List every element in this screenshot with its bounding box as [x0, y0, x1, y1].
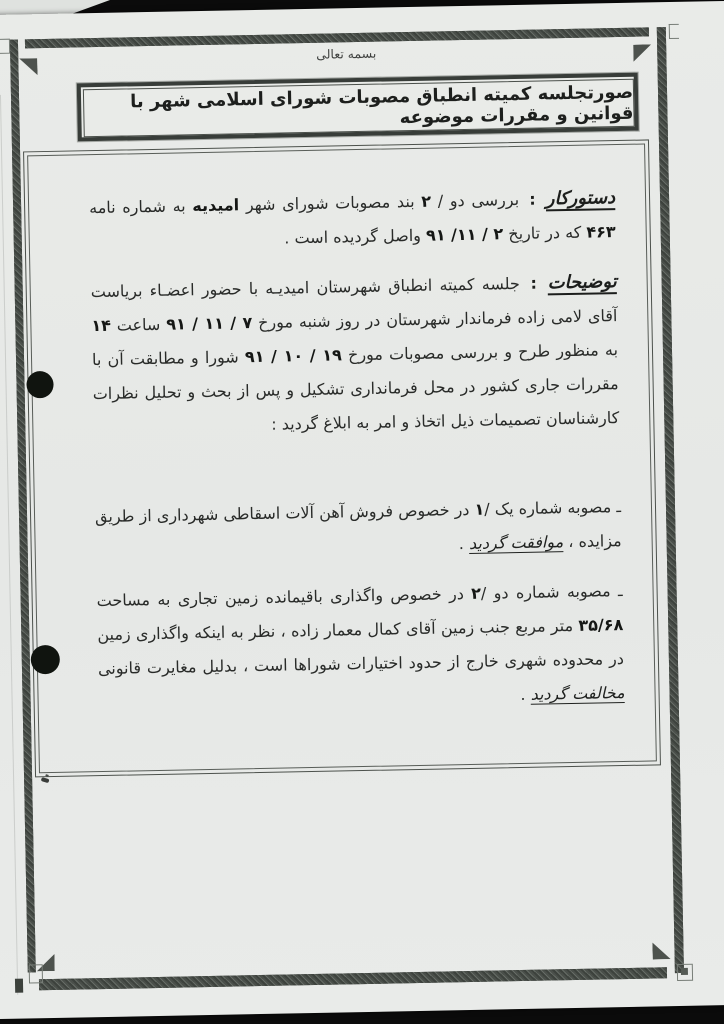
bismillah-text: بسمه تعالی — [181, 43, 511, 64]
body-text: متر مربع جنب زمین آقای کمال معمار زاده ،… — [97, 616, 624, 678]
corner-mark-bottom-left — [29, 964, 43, 983]
emphasis-text: ۱۴ — [91, 316, 111, 335]
body-text: در خصوص واگذاری باقیمانده زمین تجاری به … — [97, 584, 472, 610]
body-text: ساعت — [111, 315, 167, 335]
corner-triangle-bottom-right — [652, 942, 670, 959]
agenda-label: دستورکار — [546, 187, 616, 209]
body-text: بند مصوبات شورای شهر — [239, 192, 421, 214]
resolution-paragraph-2: ـ مصوبه شماره دو /۲ در خصوص واگذاری باقی… — [36, 573, 654, 721]
corner-triangle-top-left — [19, 58, 37, 75]
emphasis-text: ۲ / ۱۱/ ۹۱ — [426, 224, 504, 244]
body-text: ـ مصوبه شماره یک / — [484, 497, 621, 519]
details-separator: : — [520, 273, 548, 293]
details-label: توضیحات — [547, 271, 616, 293]
title-box: صورتجلسه کمیته انطباق مصوبات شورای اسلام… — [77, 73, 639, 142]
emphasis-text: ۳۵/۶۸ — [578, 615, 623, 635]
verdict-text: موافقت گردید — [469, 532, 564, 553]
corner-dot-bottom-left — [15, 979, 23, 993]
frame-top-bar — [25, 27, 649, 48]
ink-smudge — [41, 777, 50, 783]
corner-dot-bottom-right — [681, 968, 688, 975]
body-text: بررسی دو / — [431, 190, 519, 211]
emphasis-text: ۴۶۳ — [586, 222, 616, 242]
verdict-text: مخالفت گردید — [530, 683, 624, 704]
corner-mark-top-right — [669, 24, 679, 39]
body-text: به شماره نامه — [89, 196, 193, 217]
details-paragraph: توضیحات : جلسه کمیته انطباق شهرستان امید… — [30, 265, 649, 447]
page-title: صورتجلسه کمیته انطباق مصوبات شورای اسلام… — [83, 79, 635, 138]
body-text: . — [520, 685, 531, 704]
body-text: ـ مصوبه شماره دو / — [481, 581, 623, 603]
emphasis-text: امیدیه — [192, 195, 239, 215]
content-box: دستورکار : بررسی دو / ۲ بند مصوبات شورای… — [23, 139, 661, 777]
emphasis-text: ۷ / ۱۱ / ۹۱ — [166, 313, 252, 334]
content-inner-border: دستورکار : بررسی دو / ۲ بند مصوبات شورای… — [27, 144, 657, 774]
frame-right-bar — [657, 27, 684, 973]
frame-bottom-bar — [39, 967, 667, 990]
emphasis-text: ۲ — [421, 192, 431, 211]
corner-triangle-top-right — [633, 44, 651, 61]
resolution-paragraph-1: ـ مصوبه شماره یک /۱ در خصوص فروش آهن آلا… — [35, 489, 652, 569]
emphasis-text: ۱۹ / ۱۰ / ۹۱ — [245, 345, 342, 366]
corner-mark-top-left — [0, 39, 10, 54]
body-text: به منظور طرح و بررسی مصوبات مورخ — [342, 340, 619, 364]
agenda-paragraph: دستورکار : بررسی دو / ۲ بند مصوبات شورای… — [29, 181, 646, 261]
body-text: واصل گردیده است . — [284, 226, 426, 248]
body-text: که در تاریخ — [503, 223, 587, 244]
scanned-page: بسمه تعالی صورتجلسه کمیته انطباق مصوبات … — [0, 0, 724, 1024]
agenda-separator: : — [519, 189, 546, 209]
details-text: جلسه کمیته انطباق شهرستان امیدیـه با حضو… — [91, 274, 620, 434]
paper-sheet: بسمه تعالی صورتجلسه کمیته انطباق مصوبات … — [0, 1, 724, 1019]
